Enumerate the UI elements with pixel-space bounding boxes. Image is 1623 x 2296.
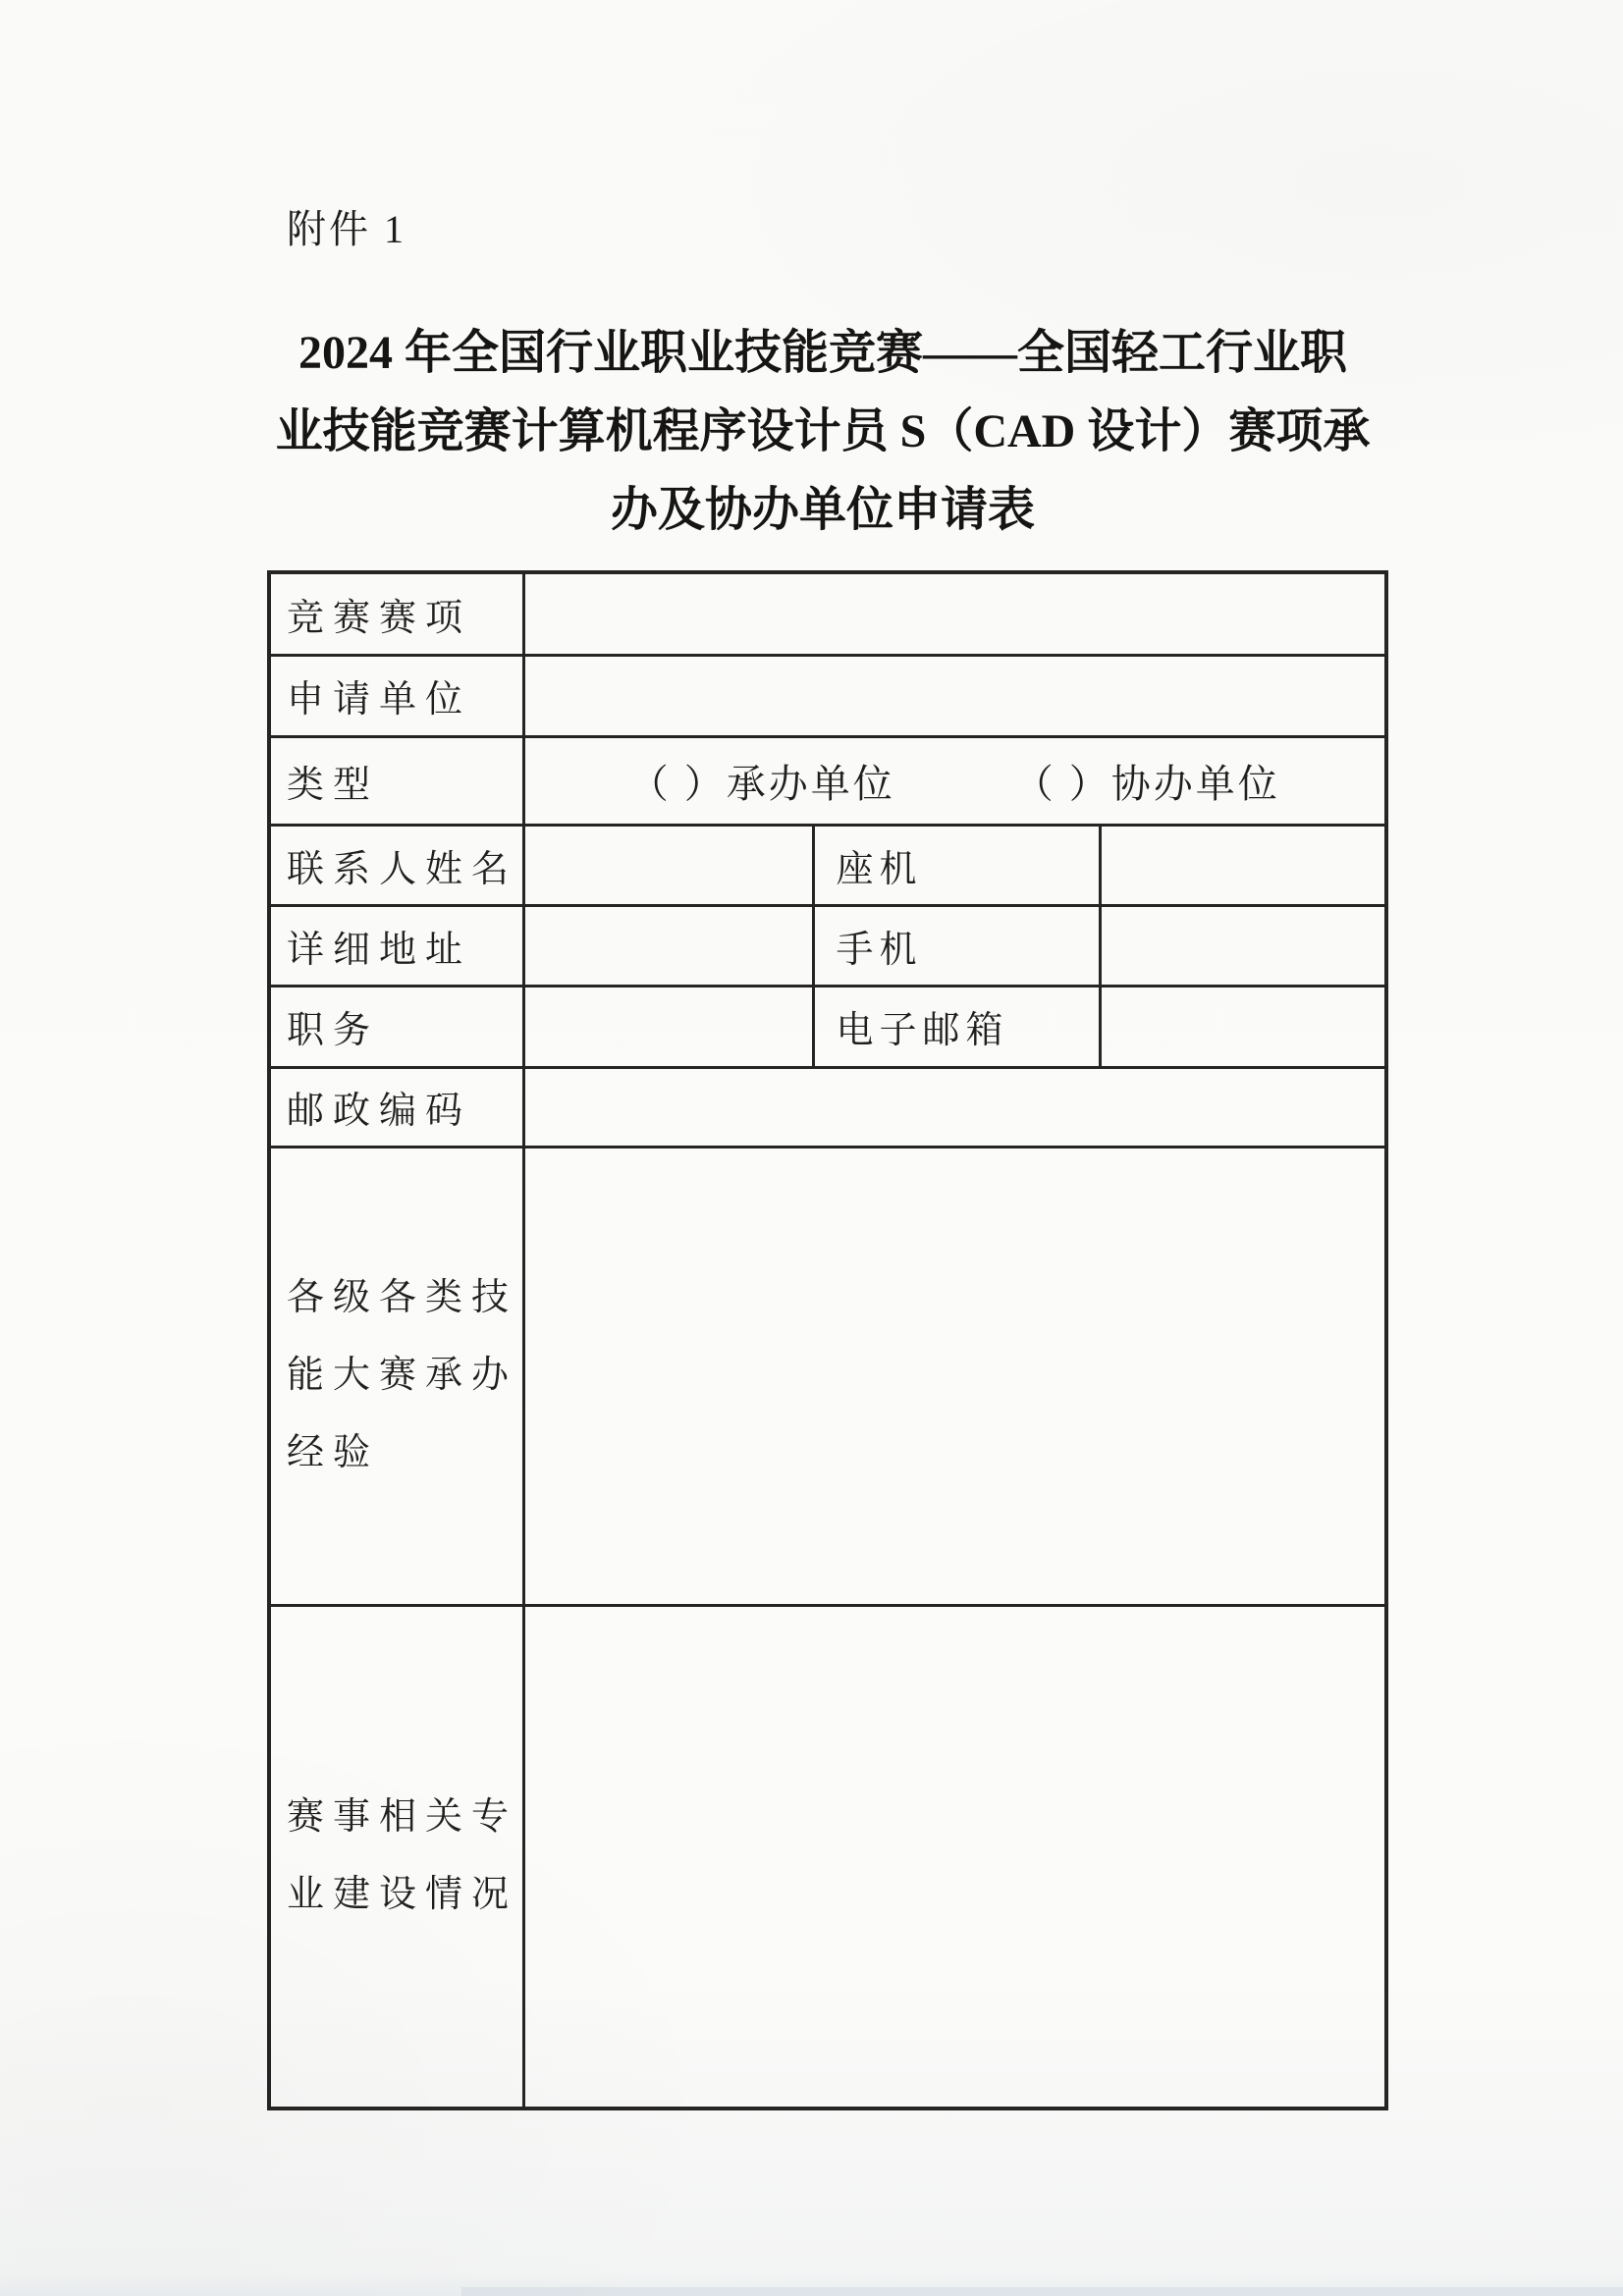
field-label-hosting-experience: 各级各类技 能大赛承办 经验 [269,1147,523,1605]
application-form-table: 竞赛赛项 申请单位 类型 （ ）承办单位 （ ）协办单位 联系人姓名 座机 详细… [267,570,1388,2110]
scanned-document-page: 附件 1 2024 年全国行业职业技能竞赛——全国轻工行业职 业技能竞赛计算机程… [0,0,1623,2296]
row-hosting-experience: 各级各类技 能大赛承办 经验 [269,1147,1386,1605]
field-value-mobile [1100,905,1386,986]
field-value-address [523,905,813,986]
row-postal-code: 邮政编码 [269,1067,1386,1147]
scan-bottom-edge [461,2287,1623,2296]
row-type: 类型 （ ）承办单位 （ ）协办单位 [269,736,1386,825]
field-value-competition-event [523,572,1386,655]
hosting-experience-label-line-1: 各级各类技 [287,1259,522,1337]
related-major-label-line-2: 业建设情况 [287,1856,522,1934]
field-value-postal-code [523,1067,1386,1147]
hosting-experience-label-line-2: 能大赛承办 [287,1337,522,1415]
field-label-type: 类型 [269,736,523,825]
field-value-hosting-experience [523,1147,1386,1605]
row-position-email: 职务 电子邮箱 [269,986,1386,1067]
hosting-experience-label-line-3: 经验 [287,1415,522,1492]
title-line-1: 2024 年全国行业职业技能竞赛——全国轻工行业职 [243,314,1402,393]
field-label-applicant-unit: 申请单位 [269,655,523,736]
field-label-mobile: 手机 [813,905,1100,986]
related-major-label-line-1: 赛事相关专 [287,1779,522,1856]
field-label-competition-event: 竞赛赛项 [269,572,523,655]
field-type-options: （ ）承办单位 （ ）协办单位 [523,736,1386,825]
field-value-landline [1100,825,1386,905]
field-label-contact-name: 联系人姓名 [269,825,523,905]
row-competition-event: 竞赛赛项 [269,572,1386,655]
field-label-position: 职务 [269,986,523,1067]
row-contact-name-landline: 联系人姓名 座机 [269,825,1386,905]
field-label-postal-code: 邮政编码 [269,1067,523,1147]
field-value-applicant-unit [523,655,1386,736]
field-value-contact-name [523,825,813,905]
title-line-2: 业技能竞赛计算机程序设计员 S（CAD 设计）赛项承 [243,393,1402,471]
row-related-major-construction: 赛事相关专 业建设情况 [269,1605,1386,2109]
field-label-landline: 座机 [813,825,1100,905]
row-applicant-unit: 申请单位 [269,655,1386,736]
field-value-position [523,986,813,1067]
attachment-label: 附件 1 [287,204,406,255]
document-title: 2024 年全国行业职业技能竞赛——全国轻工行业职 业技能竞赛计算机程序设计员 … [243,314,1402,550]
option-host-unit: （ ）承办单位 [629,753,895,809]
row-address-mobile: 详细地址 手机 [269,905,1386,986]
title-line-3: 办及协办单位申请表 [243,471,1402,550]
field-value-related-major-construction [523,1605,1386,2109]
option-co-organizer-unit: （ ）协办单位 [1014,753,1280,809]
field-label-related-major-construction: 赛事相关专 业建设情况 [269,1605,523,2109]
field-value-email [1100,986,1386,1067]
field-label-address: 详细地址 [269,905,523,986]
field-label-email: 电子邮箱 [813,986,1100,1067]
